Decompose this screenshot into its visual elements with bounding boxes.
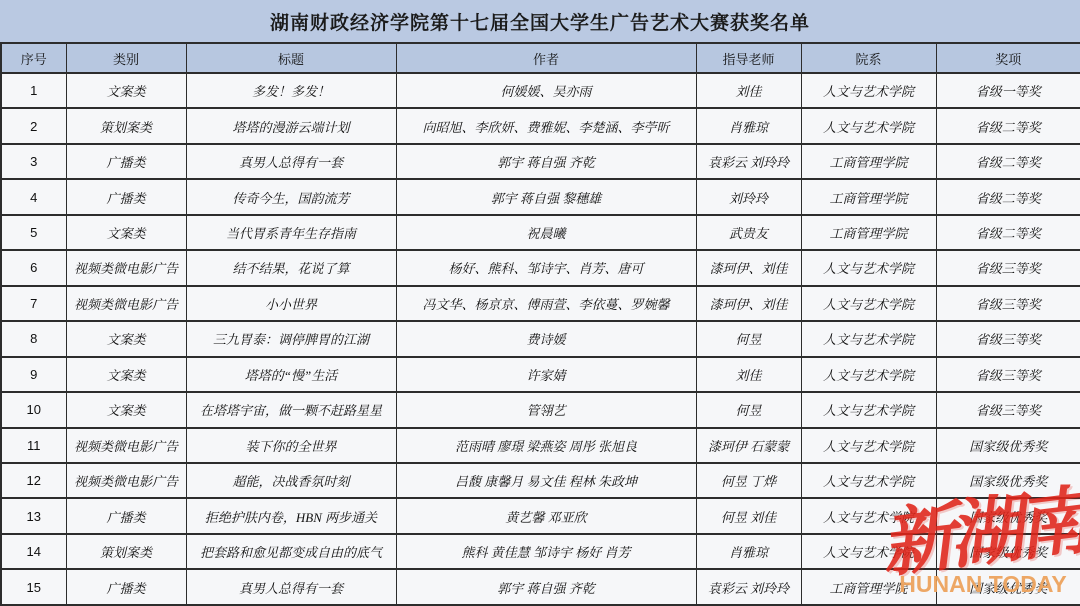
cell-advisor: 漆珂伊、刘佳 (696, 250, 801, 285)
cell-title: 拒绝护肤内卷，HBN 两步通关 (186, 498, 396, 533)
cell-advisor: 袁彩云 刘玲玲 (696, 144, 801, 179)
table-row: 10 文案类 在塔塔宇宙，做一颗不赶路星星 管翎艺 何昱 人文与艺术学院 省级三… (1, 392, 1080, 427)
cell-advisor: 刘佳 (696, 73, 801, 108)
cell-department: 人文与艺术学院 (801, 534, 936, 569)
cell-no: 2 (1, 108, 66, 143)
cell-authors: 郭宇 蒋自强 齐乾 (396, 144, 696, 179)
cell-advisor: 漆珂伊、刘佳 (696, 286, 801, 321)
cell-title: 塔塔的漫游云端计划 (186, 108, 396, 143)
cell-department: 工商管理学院 (801, 215, 936, 250)
cell-title: 多发！多发！ (186, 73, 396, 108)
award-table: 序号 类别 标题 作者 指导老师 院系 奖项 1 文案类 多发！多发！ 何媛媛、… (0, 42, 1080, 606)
title-bar: 湖南财政经济学院第十七届全国大学生广告艺术大赛获奖名单 (0, 0, 1080, 42)
cell-award: 国家级优秀奖 (936, 463, 1080, 498)
cell-award: 国家级优秀奖 (936, 534, 1080, 569)
cell-title: 塔塔的“慢”生活 (186, 357, 396, 392)
cell-no: 15 (1, 569, 66, 605)
cell-award: 省级三等奖 (936, 392, 1080, 427)
cell-authors: 吕馥 康馨月 易文佳 程林 朱政坤 (396, 463, 696, 498)
cell-no: 12 (1, 463, 66, 498)
cell-no: 1 (1, 73, 66, 108)
cell-authors: 范雨晴 廖璟 梁燕姿 周彤 张旭良 (396, 428, 696, 463)
cell-category: 视频类微电影广告 (66, 428, 186, 463)
cell-advisor: 漆珂伊 石蒙蒙 (696, 428, 801, 463)
cell-department: 人文与艺术学院 (801, 73, 936, 108)
cell-no: 11 (1, 428, 66, 463)
cell-department: 人文与艺术学院 (801, 428, 936, 463)
cell-authors: 向昭旭、李欣妍、费雅妮、李楚涵、李苧昕 (396, 108, 696, 143)
cell-title: 结不结果，花说了算 (186, 250, 396, 285)
cell-advisor: 何昱 丁烨 (696, 463, 801, 498)
cell-advisor: 刘玲玲 (696, 179, 801, 214)
cell-no: 6 (1, 250, 66, 285)
cell-award: 省级三等奖 (936, 250, 1080, 285)
cell-title: 当代胃系青年生存指南 (186, 215, 396, 250)
cell-department: 人文与艺术学院 (801, 463, 936, 498)
cell-category: 文案类 (66, 73, 186, 108)
cell-advisor: 何昱 刘佳 (696, 498, 801, 533)
cell-advisor: 肖雅琼 (696, 534, 801, 569)
cell-department: 工商管理学院 (801, 179, 936, 214)
cell-award: 省级一等奖 (936, 73, 1080, 108)
table-row: 2 策划案类 塔塔的漫游云端计划 向昭旭、李欣妍、费雅妮、李楚涵、李苧昕 肖雅琼… (1, 108, 1080, 143)
cell-authors: 熊科 黄佳慧 邹诗宇 杨好 肖芳 (396, 534, 696, 569)
cell-advisor: 刘佳 (696, 357, 801, 392)
cell-department: 人文与艺术学院 (801, 250, 936, 285)
cell-no: 7 (1, 286, 66, 321)
page-title: 湖南财政经济学院第十七届全国大学生广告艺术大赛获奖名单 (270, 8, 810, 35)
cell-category: 视频类微电影广告 (66, 250, 186, 285)
cell-category: 视频类微电影广告 (66, 463, 186, 498)
table-row: 13 广播类 拒绝护肤内卷，HBN 两步通关 黄艺馨 邓亚欣 何昱 刘佳 人文与… (1, 498, 1080, 533)
table-row: 6 视频类微电影广告 结不结果，花说了算 杨好、熊科、邹诗宇、肖芳、唐可 漆珂伊… (1, 250, 1080, 285)
table-row: 1 文案类 多发！多发！ 何媛媛、吴亦雨 刘佳 人文与艺术学院 省级一等奖 (1, 73, 1080, 108)
cell-category: 文案类 (66, 392, 186, 427)
cell-category: 广播类 (66, 569, 186, 605)
col-header-category: 类别 (66, 43, 186, 73)
cell-title: 三九胃泰：调停脾胃的江湖 (186, 321, 396, 356)
cell-title: 传奇今生，国韵流芳 (186, 179, 396, 214)
cell-title: 真男人总得有一套 (186, 144, 396, 179)
cell-award: 省级二等奖 (936, 108, 1080, 143)
cell-authors: 冯文华、杨京京、傅雨萱、李依蔓、罗婉馨 (396, 286, 696, 321)
cell-department: 人文与艺术学院 (801, 498, 936, 533)
cell-award: 省级三等奖 (936, 357, 1080, 392)
cell-category: 广播类 (66, 179, 186, 214)
cell-category: 策划案类 (66, 108, 186, 143)
cell-award: 国家级优秀奖 (936, 428, 1080, 463)
cell-title: 超能，决战香氛时刻 (186, 463, 396, 498)
cell-department: 人文与艺术学院 (801, 392, 936, 427)
cell-no: 5 (1, 215, 66, 250)
cell-department: 人文与艺术学院 (801, 108, 936, 143)
cell-no: 14 (1, 534, 66, 569)
table-row: 14 策划案类 把套路和愈见都变成自由的底气 熊科 黄佳慧 邹诗宇 杨好 肖芳 … (1, 534, 1080, 569)
cell-authors: 黄艺馨 邓亚欣 (396, 498, 696, 533)
cell-advisor: 肖雅琼 (696, 108, 801, 143)
col-header-authors: 作者 (396, 43, 696, 73)
cell-department: 人文与艺术学院 (801, 357, 936, 392)
award-list-page: 湖南财政经济学院第十七届全国大学生广告艺术大赛获奖名单 序号 类别 标题 作者 … (0, 0, 1080, 606)
cell-category: 文案类 (66, 215, 186, 250)
cell-award: 省级三等奖 (936, 286, 1080, 321)
cell-advisor: 武贵友 (696, 215, 801, 250)
cell-department: 工商管理学院 (801, 569, 936, 605)
cell-title: 在塔塔宇宙，做一颗不赶路星星 (186, 392, 396, 427)
cell-award: 国家级优秀奖 (936, 569, 1080, 605)
col-header-no: 序号 (1, 43, 66, 73)
cell-title: 装下你的全世界 (186, 428, 396, 463)
cell-no: 8 (1, 321, 66, 356)
cell-advisor: 何昱 (696, 321, 801, 356)
cell-authors: 费诗媛 (396, 321, 696, 356)
cell-no: 13 (1, 498, 66, 533)
col-header-title: 标题 (186, 43, 396, 73)
cell-no: 9 (1, 357, 66, 392)
table-row: 7 视频类微电影广告 小小世界 冯文华、杨京京、傅雨萱、李依蔓、罗婉馨 漆珂伊、… (1, 286, 1080, 321)
cell-award: 省级二等奖 (936, 179, 1080, 214)
cell-category: 文案类 (66, 357, 186, 392)
cell-authors: 管翎艺 (396, 392, 696, 427)
cell-authors: 许家婧 (396, 357, 696, 392)
table-row: 12 视频类微电影广告 超能，决战香氛时刻 吕馥 康馨月 易文佳 程林 朱政坤 … (1, 463, 1080, 498)
cell-award: 省级二等奖 (936, 215, 1080, 250)
table-body: 1 文案类 多发！多发！ 何媛媛、吴亦雨 刘佳 人文与艺术学院 省级一等奖 2 … (1, 73, 1080, 605)
cell-department: 人文与艺术学院 (801, 321, 936, 356)
table-row: 15 广播类 真男人总得有一套 郭宇 蒋自强 齐乾 袁彩云 刘玲玲 工商管理学院… (1, 569, 1080, 605)
cell-authors: 郭宇 蒋自强 齐乾 (396, 569, 696, 605)
cell-no: 10 (1, 392, 66, 427)
cell-award: 省级二等奖 (936, 144, 1080, 179)
cell-authors: 何媛媛、吴亦雨 (396, 73, 696, 108)
table-header-row: 序号 类别 标题 作者 指导老师 院系 奖项 (1, 43, 1080, 73)
cell-category: 广播类 (66, 144, 186, 179)
table-row: 9 文案类 塔塔的“慢”生活 许家婧 刘佳 人文与艺术学院 省级三等奖 (1, 357, 1080, 392)
cell-category: 文案类 (66, 321, 186, 356)
col-header-award: 奖项 (936, 43, 1080, 73)
col-header-advisor: 指导老师 (696, 43, 801, 73)
cell-authors: 杨好、熊科、邹诗宇、肖芳、唐可 (396, 250, 696, 285)
cell-award: 国家级优秀奖 (936, 498, 1080, 533)
col-header-department: 院系 (801, 43, 936, 73)
cell-category: 广播类 (66, 498, 186, 533)
cell-department: 工商管理学院 (801, 144, 936, 179)
cell-title: 真男人总得有一套 (186, 569, 396, 605)
cell-no: 4 (1, 179, 66, 214)
cell-authors: 郭宇 蒋自强 黎穗雄 (396, 179, 696, 214)
table-row: 5 文案类 当代胃系青年生存指南 祝晨曦 武贵友 工商管理学院 省级二等奖 (1, 215, 1080, 250)
cell-category: 策划案类 (66, 534, 186, 569)
table-row: 3 广播类 真男人总得有一套 郭宇 蒋自强 齐乾 袁彩云 刘玲玲 工商管理学院 … (1, 144, 1080, 179)
cell-title: 小小世界 (186, 286, 396, 321)
cell-award: 省级三等奖 (936, 321, 1080, 356)
table-row: 4 广播类 传奇今生，国韵流芳 郭宇 蒋自强 黎穗雄 刘玲玲 工商管理学院 省级… (1, 179, 1080, 214)
cell-no: 3 (1, 144, 66, 179)
table-row: 11 视频类微电影广告 装下你的全世界 范雨晴 廖璟 梁燕姿 周彤 张旭良 漆珂… (1, 428, 1080, 463)
cell-advisor: 袁彩云 刘玲玲 (696, 569, 801, 605)
table-row: 8 文案类 三九胃泰：调停脾胃的江湖 费诗媛 何昱 人文与艺术学院 省级三等奖 (1, 321, 1080, 356)
cell-authors: 祝晨曦 (396, 215, 696, 250)
cell-advisor: 何昱 (696, 392, 801, 427)
cell-title: 把套路和愈见都变成自由的底气 (186, 534, 396, 569)
cell-department: 人文与艺术学院 (801, 286, 936, 321)
cell-category: 视频类微电影广告 (66, 286, 186, 321)
